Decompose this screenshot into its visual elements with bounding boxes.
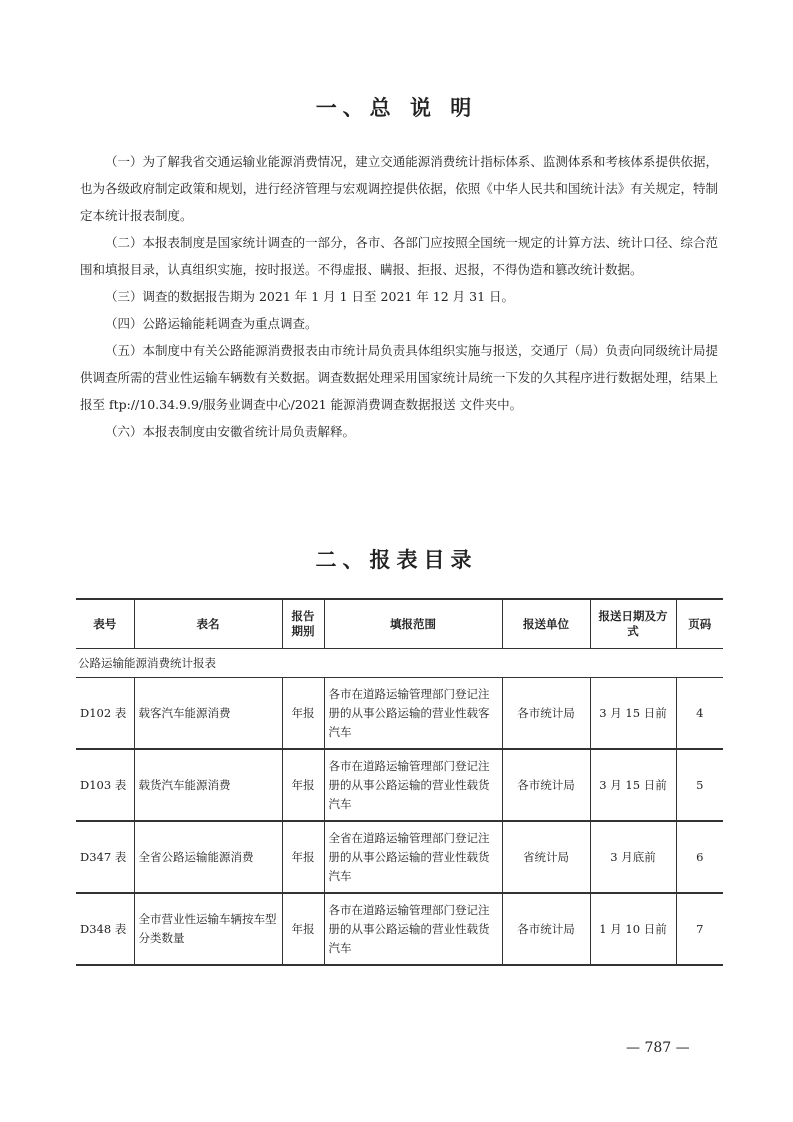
cell-date: 3 月 15 日前: [590, 749, 676, 821]
note-paragraph-5: （五）本制度中有关公路能源消费报表由市统计局负责具体组织实施与报送，交通厅（局）…: [80, 337, 718, 418]
table-header-row: 表号 表名 报告期别 填报范围 报送单位 报送日期及方式 页码: [76, 599, 723, 649]
cell-unit: 省统计局: [502, 821, 590, 893]
cell-period: 年报: [282, 821, 324, 893]
cell-scope: 全省在道路运输管理部门登记注册的从事公路运输的营业性载货汽车: [324, 821, 502, 893]
header-scope: 填报范围: [324, 599, 502, 649]
cell-date: 1 月 10 日前: [590, 893, 676, 965]
group-label: 公路运输能源消费统计报表: [76, 649, 723, 678]
cell-code: D102 表: [76, 678, 134, 750]
cell-code: D103 表: [76, 749, 134, 821]
cell-scope: 各市在道路运输管理部门登记注册的从事公路运输的营业性载客汽车: [324, 678, 502, 750]
note-paragraph-2: （二）本报表制度是国家统计调查的一部分，各市、各部门应按照全国统一规定的计算方法…: [80, 229, 718, 283]
cell-name: 载客汽车能源消费: [134, 678, 282, 750]
table-row: D347 表 全省公路运输能源消费 年报 全省在道路运输管理部门登记注册的从事公…: [76, 821, 723, 893]
cell-page: 7: [676, 893, 723, 965]
table-row: D102 表 载客汽车能源消费 年报 各市在道路运输管理部门登记注册的从事公路运…: [76, 678, 723, 750]
header-name: 表名: [134, 599, 282, 649]
cell-scope: 各市在道路运输管理部门登记注册的从事公路运输的营业性载货汽车: [324, 893, 502, 965]
section-title-general-notes: 一、总 说 明: [0, 92, 793, 122]
general-notes-body: （一）为了解我省交通运输业能源消费情况，建立交通能源消费统计指标体系、监测体系和…: [80, 148, 718, 445]
header-page: 页码: [676, 599, 723, 649]
cell-period: 年报: [282, 893, 324, 965]
header-code: 表号: [76, 599, 134, 649]
cell-name: 载货汽车能源消费: [134, 749, 282, 821]
section-title-report-catalog: 二、报表目录: [0, 544, 793, 574]
header-date: 报送日期及方式: [590, 599, 676, 649]
note-paragraph-6: （六）本报表制度由安徽省统计局负责解释。: [80, 418, 718, 445]
cell-unit: 各市统计局: [502, 678, 590, 750]
table-group-row: 公路运输能源消费统计报表: [76, 649, 723, 678]
cell-code: D347 表: [76, 821, 134, 893]
note-paragraph-4: （四）公路运输能耗调查为重点调查。: [80, 310, 718, 337]
cell-date: 3 月底前: [590, 821, 676, 893]
table-row: D103 表 载货汽车能源消费 年报 各市在道路运输管理部门登记注册的从事公路运…: [76, 749, 723, 821]
header-unit: 报送单位: [502, 599, 590, 649]
cell-unit: 各市统计局: [502, 749, 590, 821]
cell-period: 年报: [282, 749, 324, 821]
header-period: 报告期别: [282, 599, 324, 649]
cell-date: 3 月 15 日前: [590, 678, 676, 750]
page-number: — 787 —: [626, 1040, 690, 1056]
note-paragraph-3: （三）调查的数据报告期为 2021 年 1 月 1 日至 2021 年 12 月…: [80, 283, 718, 310]
table-row: D348 表 全市营业性运输车辆按车型分类数量 年报 各市在道路运输管理部门登记…: [76, 893, 723, 965]
note-paragraph-1: （一）为了解我省交通运输业能源消费情况，建立交通能源消费统计指标体系、监测体系和…: [80, 148, 718, 229]
report-catalog-table: 表号 表名 报告期别 填报范围 报送单位 报送日期及方式 页码 公路运输能源消费…: [76, 598, 723, 966]
cell-code: D348 表: [76, 893, 134, 965]
cell-unit: 各市统计局: [502, 893, 590, 965]
cell-name: 全市营业性运输车辆按车型分类数量: [134, 893, 282, 965]
cell-period: 年报: [282, 678, 324, 750]
cell-page: 4: [676, 678, 723, 750]
cell-scope: 各市在道路运输管理部门登记注册的从事公路运输的营业性载货汽车: [324, 749, 502, 821]
cell-name: 全省公路运输能源消费: [134, 821, 282, 893]
cell-page: 6: [676, 821, 723, 893]
cell-page: 5: [676, 749, 723, 821]
